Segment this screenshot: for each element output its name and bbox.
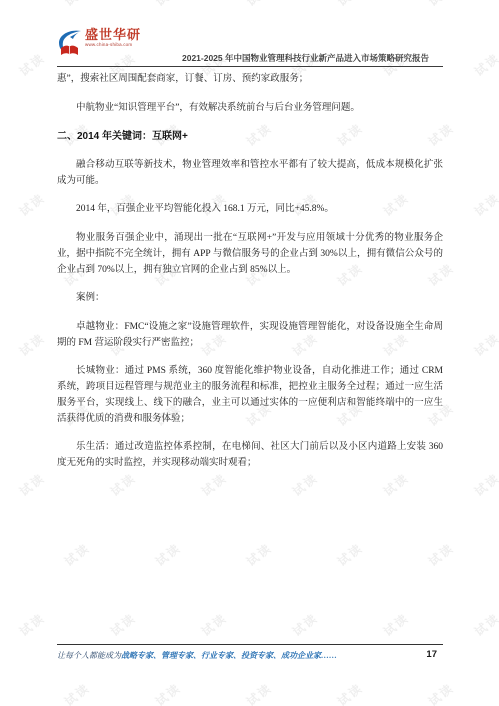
logo-text-block: 盛世华研 www.china-shiba.com bbox=[85, 28, 141, 48]
watermark-text: 试读 bbox=[0, 399, 2, 430]
company-logo: 盛世华研 www.china-shiba.com bbox=[57, 28, 141, 60]
section-heading: 二、2014 年关键词：互联网+ bbox=[57, 129, 443, 145]
header-divider bbox=[57, 66, 443, 67]
watermark-text: 试读 bbox=[152, 539, 185, 570]
paragraph: 物业服务百强企业中，涌现出一批在“互联网+”开发与应用领域十分优秀的物业服务企业… bbox=[57, 231, 443, 278]
brand-url: www.china-shiba.com bbox=[85, 42, 141, 48]
watermark-text: 试读 bbox=[471, 469, 499, 500]
watermark-text: 试读 bbox=[0, 0, 2, 10]
watermark-text: 试读 bbox=[471, 329, 499, 360]
watermark-text: 试读 bbox=[152, 0, 185, 10]
watermark-text: 试读 bbox=[0, 539, 2, 570]
watermark-text: 试读 bbox=[107, 609, 140, 640]
watermark-text: 试读 bbox=[471, 189, 499, 220]
watermark-text: 试读 bbox=[0, 679, 2, 706]
watermark-text: 试读 bbox=[334, 679, 367, 706]
watermark-text: 试读 bbox=[334, 0, 367, 10]
watermark-text: 试读 bbox=[425, 539, 458, 570]
page-number: 17 bbox=[426, 649, 437, 660]
slogan-highlight: 战略专家、管理专家、行业专家、投资专家、成功企业家…… bbox=[121, 651, 337, 660]
paragraph: 2014 年，百强企业平均智能化投入 168.1 万元，同比+45.8%。 bbox=[57, 202, 443, 218]
watermark-text: 试读 bbox=[243, 0, 276, 10]
slogan-prefix: 让每个人都能成为 bbox=[57, 651, 121, 660]
watermark-text: 试读 bbox=[16, 49, 49, 80]
watermark-text: 试读 bbox=[471, 49, 499, 80]
watermark-text: 试读 bbox=[425, 0, 458, 10]
paragraph: 惠”，搜索社区周围配套商家，订餐、订房、预约家政服务； bbox=[57, 72, 443, 88]
paragraph: 融合移动互联等新技术，物业管理效率和管控水平都有了较大提高，低成本规模化扩张成为… bbox=[57, 158, 443, 190]
watermark-text: 试读 bbox=[16, 189, 49, 220]
report-title: 2021-2025 年中国物业管理科技行业新产品进入市场策略研究报告 bbox=[182, 52, 429, 64]
paragraph: 乐生活：通过改造监控体系控制，在电梯间、社区大门前后以及小区内道路上安装 360… bbox=[57, 440, 443, 472]
watermark-text: 试读 bbox=[243, 539, 276, 570]
watermark-text: 试读 bbox=[243, 679, 276, 706]
document-page: 试读试读试读试读试读试读试读试读试读试读试读试读试读试读试读试读试读试读试读试读… bbox=[0, 0, 499, 706]
document-body: 惠”，搜索社区周围配套商家，订餐、订房、预约家政服务； 中航物业“知识管理平台”… bbox=[57, 72, 443, 485]
watermark-text: 试读 bbox=[380, 609, 413, 640]
footer-slogan: 让每个人都能成为战略专家、管理专家、行业专家、投资专家、成功企业家…… bbox=[57, 650, 377, 662]
watermark-text: 试读 bbox=[16, 469, 49, 500]
brand-name: 盛世华研 bbox=[85, 28, 141, 42]
watermark-text: 试读 bbox=[61, 539, 94, 570]
watermark-text: 试读 bbox=[61, 0, 94, 10]
watermark-text: 试读 bbox=[198, 609, 231, 640]
watermark-text: 试读 bbox=[0, 259, 2, 290]
watermark-text: 试读 bbox=[471, 609, 499, 640]
watermark-text: 试读 bbox=[152, 679, 185, 706]
paragraph: 长城物业：通过 PMS 系统，360 度智能化维护物业设备，自动化推进工作；通过… bbox=[57, 364, 443, 427]
paragraph: 案例： bbox=[57, 291, 443, 307]
watermark-text: 试读 bbox=[334, 539, 367, 570]
paragraph: 中航物业“知识管理平台”，有效解决系统前台与后台业务管理问题。 bbox=[57, 101, 443, 117]
footer-divider bbox=[57, 644, 443, 645]
watermark-text: 试读 bbox=[61, 679, 94, 706]
watermark-text: 试读 bbox=[425, 679, 458, 706]
paragraph: 卓越物业：FMC“设施之家”设施管理软件，实现设施管理智能化，对设备设施全生命周… bbox=[57, 320, 443, 352]
watermark-text: 试读 bbox=[16, 609, 49, 640]
watermark-text: 试读 bbox=[0, 119, 2, 150]
watermark-text: 试读 bbox=[16, 329, 49, 360]
watermark-text: 试读 bbox=[289, 609, 322, 640]
logo-book-swoosh-icon bbox=[57, 28, 83, 60]
